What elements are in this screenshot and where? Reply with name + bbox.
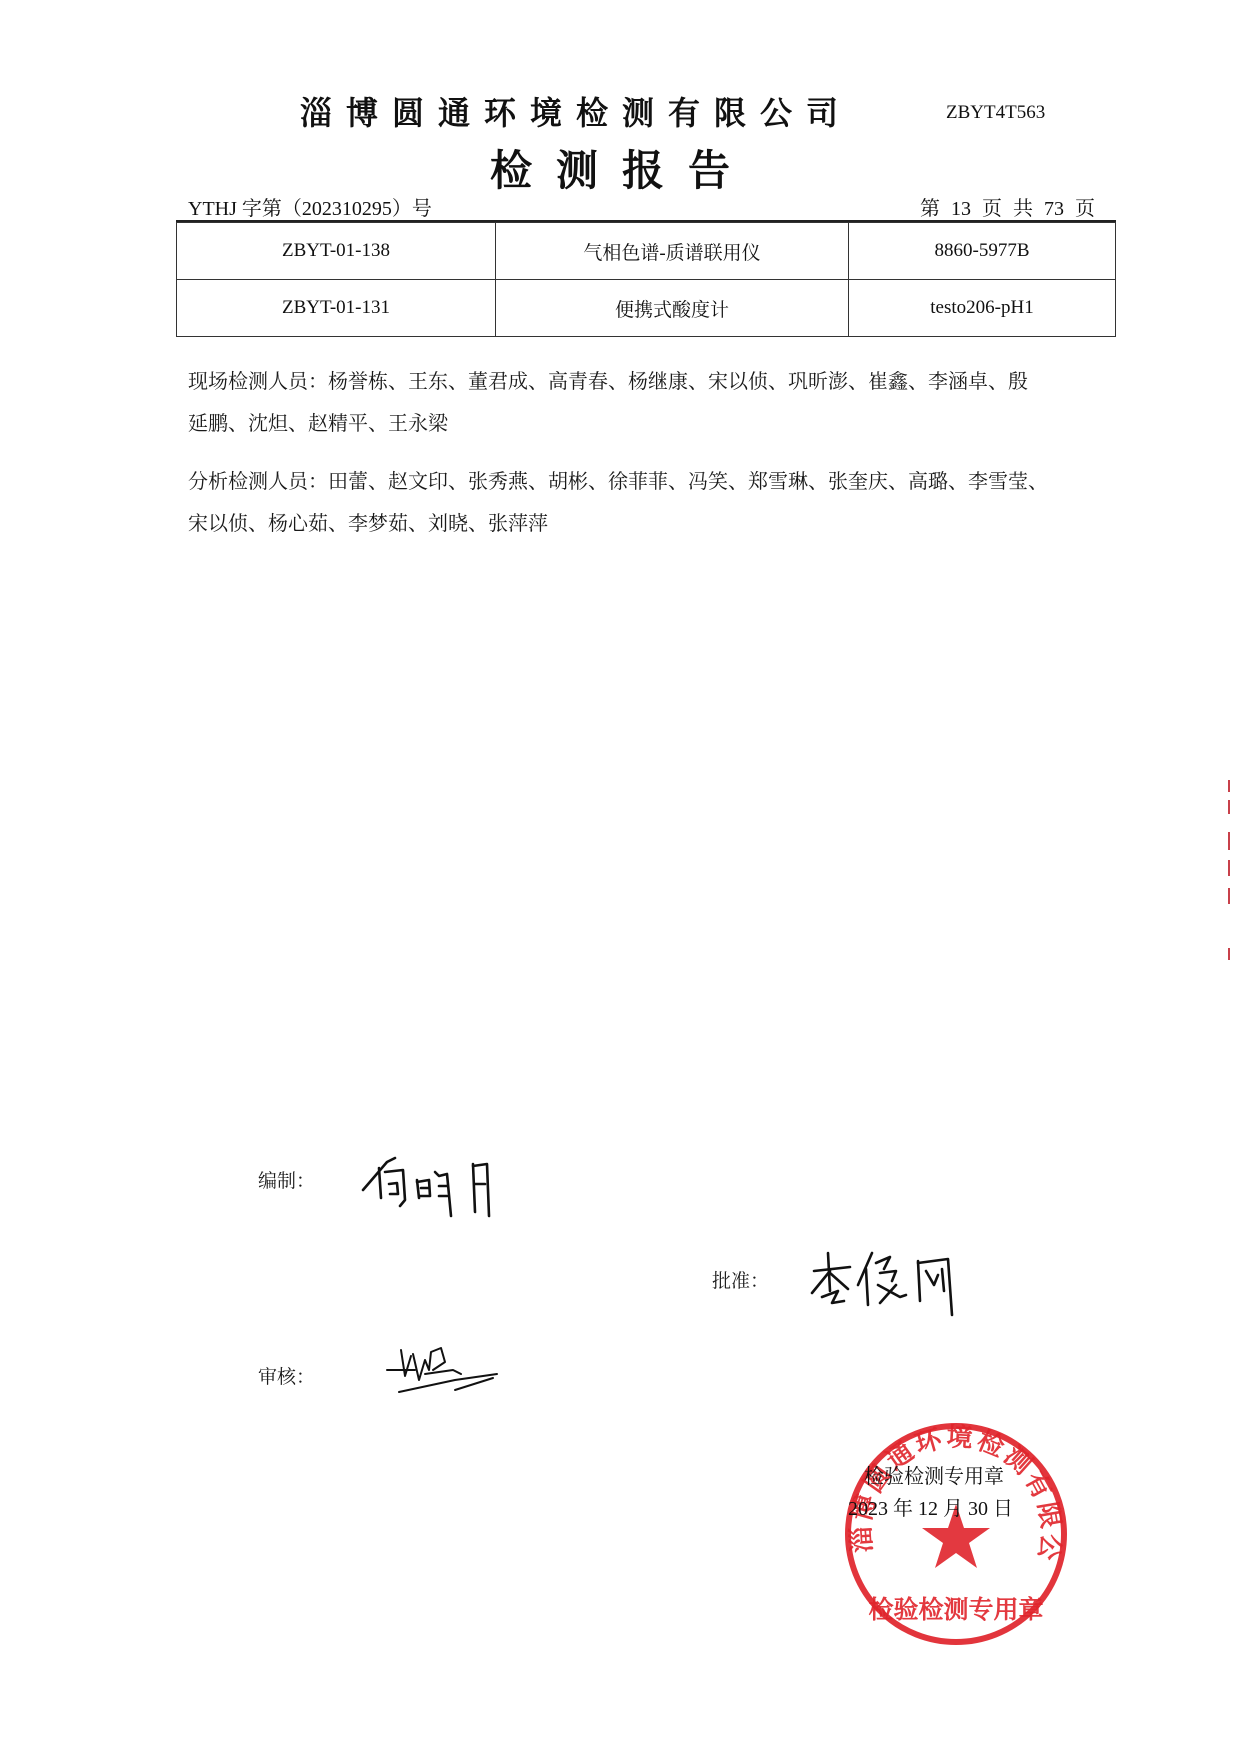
analysis-personnel-line-2: 宋以侦、杨心茹、李梦茹、刘晓、张萍萍 [188, 502, 1108, 544]
official-seal: 淄博圆通环境检测有限公司 检验检测专用章 [840, 1418, 1072, 1650]
table-row: ZBYT-01-131 便携式酸度计 testo206-pH1 [177, 280, 1116, 337]
field-personnel: 现场检测人员：杨誉栋、王东、董君成、高青春、杨继康、宋以侦、巩昕澎、崔鑫、李涵卓… [188, 360, 1108, 444]
field-personnel-line-2: 延鹏、沈炟、赵精平、王永梁 [188, 402, 1108, 444]
analysis-personnel-line-1: 分析检测人员：田蕾、赵文印、张秀燕、胡彬、徐菲菲、冯笑、郑雪琳、张奎庆、高璐、李… [188, 460, 1108, 502]
reviewed-by-label: 审核： [258, 1362, 315, 1389]
compiled-by-label: 编制： [258, 1166, 315, 1193]
document-code: ZBYT4T563 [946, 102, 1045, 124]
equipment-name: 气相色谱-质谱联用仪 [496, 223, 849, 280]
equipment-table: ZBYT-01-138 气相色谱-质谱联用仪 8860-5977B ZBYT-0… [176, 222, 1116, 337]
equipment-id: ZBYT-01-138 [177, 223, 496, 280]
approved-by-label: 批准： [712, 1266, 769, 1293]
table-row: ZBYT-01-138 气相色谱-质谱联用仪 8860-5977B [177, 223, 1116, 280]
equipment-name: 便携式酸度计 [496, 280, 849, 337]
field-personnel-line-1: 现场检测人员：杨誉栋、王东、董君成、高青春、杨继康、宋以侦、巩昕澎、崔鑫、李涵卓… [188, 360, 1108, 402]
stamp-date: 2023 年 12 月 30 日 [848, 1492, 1013, 1521]
approved-signature [810, 1245, 970, 1320]
equipment-model: testo206-pH1 [849, 280, 1116, 337]
report-number: YTHJ 字第（202310295）号 [188, 192, 432, 221]
reviewed-signature [385, 1340, 505, 1400]
equipment-model: 8860-5977B [849, 223, 1116, 280]
company-name: 淄博圆通环境检测有限公司 [300, 88, 852, 134]
equipment-id: ZBYT-01-131 [177, 280, 496, 337]
report-title: 检测报告 [490, 138, 754, 198]
compiled-signature [355, 1150, 505, 1220]
svg-text:检验检测专用章: 检验检测专用章 [868, 1595, 1043, 1624]
binding-seal-edge-marks [1228, 780, 1231, 960]
analysis-personnel: 分析检测人员：田蕾、赵文印、张秀燕、胡彬、徐菲菲、冯笑、郑雪琳、张奎庆、高璐、李… [188, 460, 1108, 544]
page-info: 第 13 页 共 73 页 [920, 192, 1095, 221]
stamp-label: 检验检测专用章 [864, 1460, 1004, 1489]
